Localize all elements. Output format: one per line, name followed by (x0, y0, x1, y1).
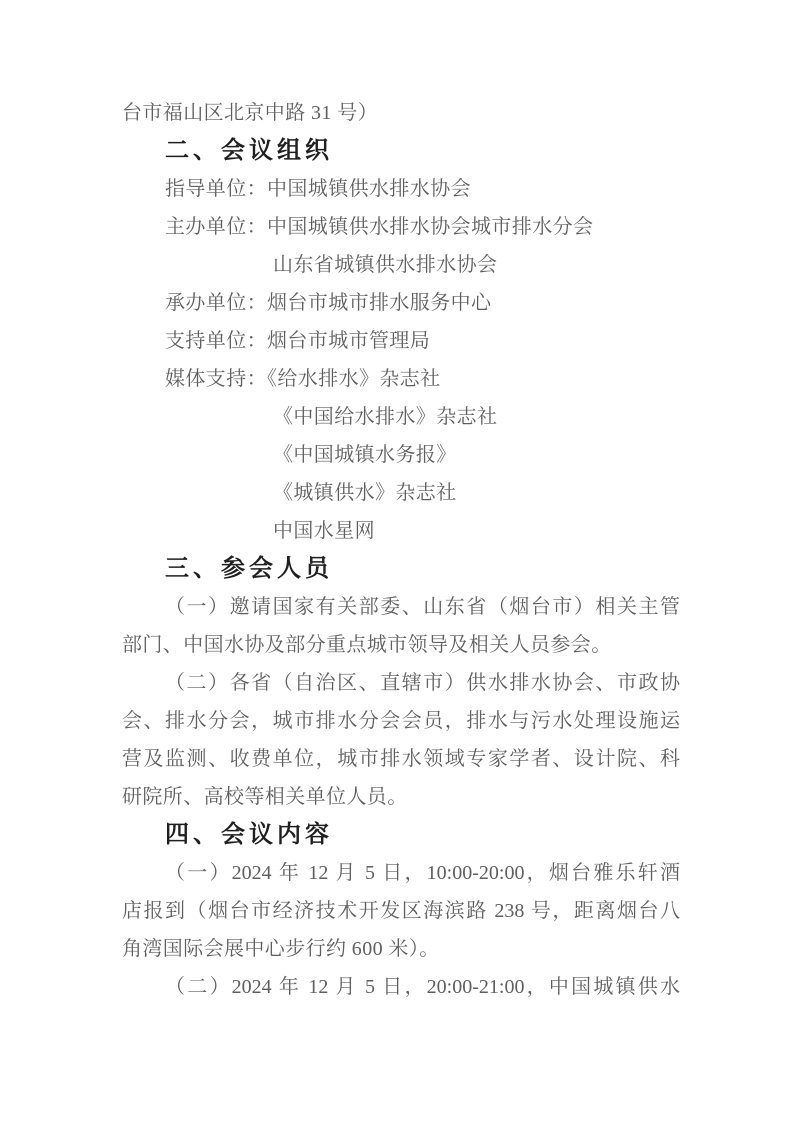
text-line: （二）各省（自治区、直辖市）供水排水协会、市政协 (122, 664, 680, 702)
text-line: 媒体支持：《给水排水》杂志社 (122, 360, 680, 398)
text-line: 会、排水分会，城市排水分会会员，排水与污水处理设施运 (122, 702, 680, 740)
section-heading: 三、参会人员 (122, 550, 680, 588)
text-line: 指导单位：中国城镇供水排水协会 (122, 170, 680, 208)
text-line: （一）2024 年 12 月 5 日，10:00-20:00，烟台雅乐轩酒 (122, 854, 680, 892)
text-line: 店报到（烟台市经济技术开发区海滨路 238 号，距离烟台八 (122, 892, 680, 930)
text-line: 山东省城镇供水排水协会 (122, 246, 680, 284)
text-line: 《中国给水排水》杂志社 (122, 398, 680, 436)
text-line: 《中国城镇水务报》 (122, 436, 680, 474)
text-line: （一）邀请国家有关部委、山东省（烟台市）相关主管 (122, 588, 680, 626)
text-line: （二）2024 年 12 月 5 日，20:00-21:00，中国城镇供水 (122, 968, 680, 1006)
text-line: 台市福山区北京中路 31 号） (122, 94, 680, 132)
text-line: 主办单位：中国城镇供水排水协会城市排水分会 (122, 208, 680, 246)
section-heading: 四、会议内容 (122, 816, 680, 854)
section-heading: 二、会议组织 (122, 132, 680, 170)
document-body: 台市福山区北京中路 31 号）二、会议组织指导单位：中国城镇供水排水协会主办单位… (122, 94, 680, 1006)
text-line: 支持单位：烟台市城市管理局 (122, 322, 680, 360)
document-page: 台市福山区北京中路 31 号）二、会议组织指导单位：中国城镇供水排水协会主办单位… (0, 0, 800, 1131)
text-line: 部门、中国水协及部分重点城市领导及相关人员参会。 (122, 626, 680, 664)
text-line: 《城镇供水》杂志社 (122, 474, 680, 512)
text-line: 角湾国际会展中心步行约 600 米）。 (122, 930, 680, 968)
text-line: 承办单位：烟台市城市排水服务中心 (122, 284, 680, 322)
text-line: 中国水星网 (122, 512, 680, 550)
text-line: 研院所、高校等相关单位人员。 (122, 778, 680, 816)
text-line: 营及监测、收费单位，城市排水领域专家学者、设计院、科 (122, 740, 680, 778)
